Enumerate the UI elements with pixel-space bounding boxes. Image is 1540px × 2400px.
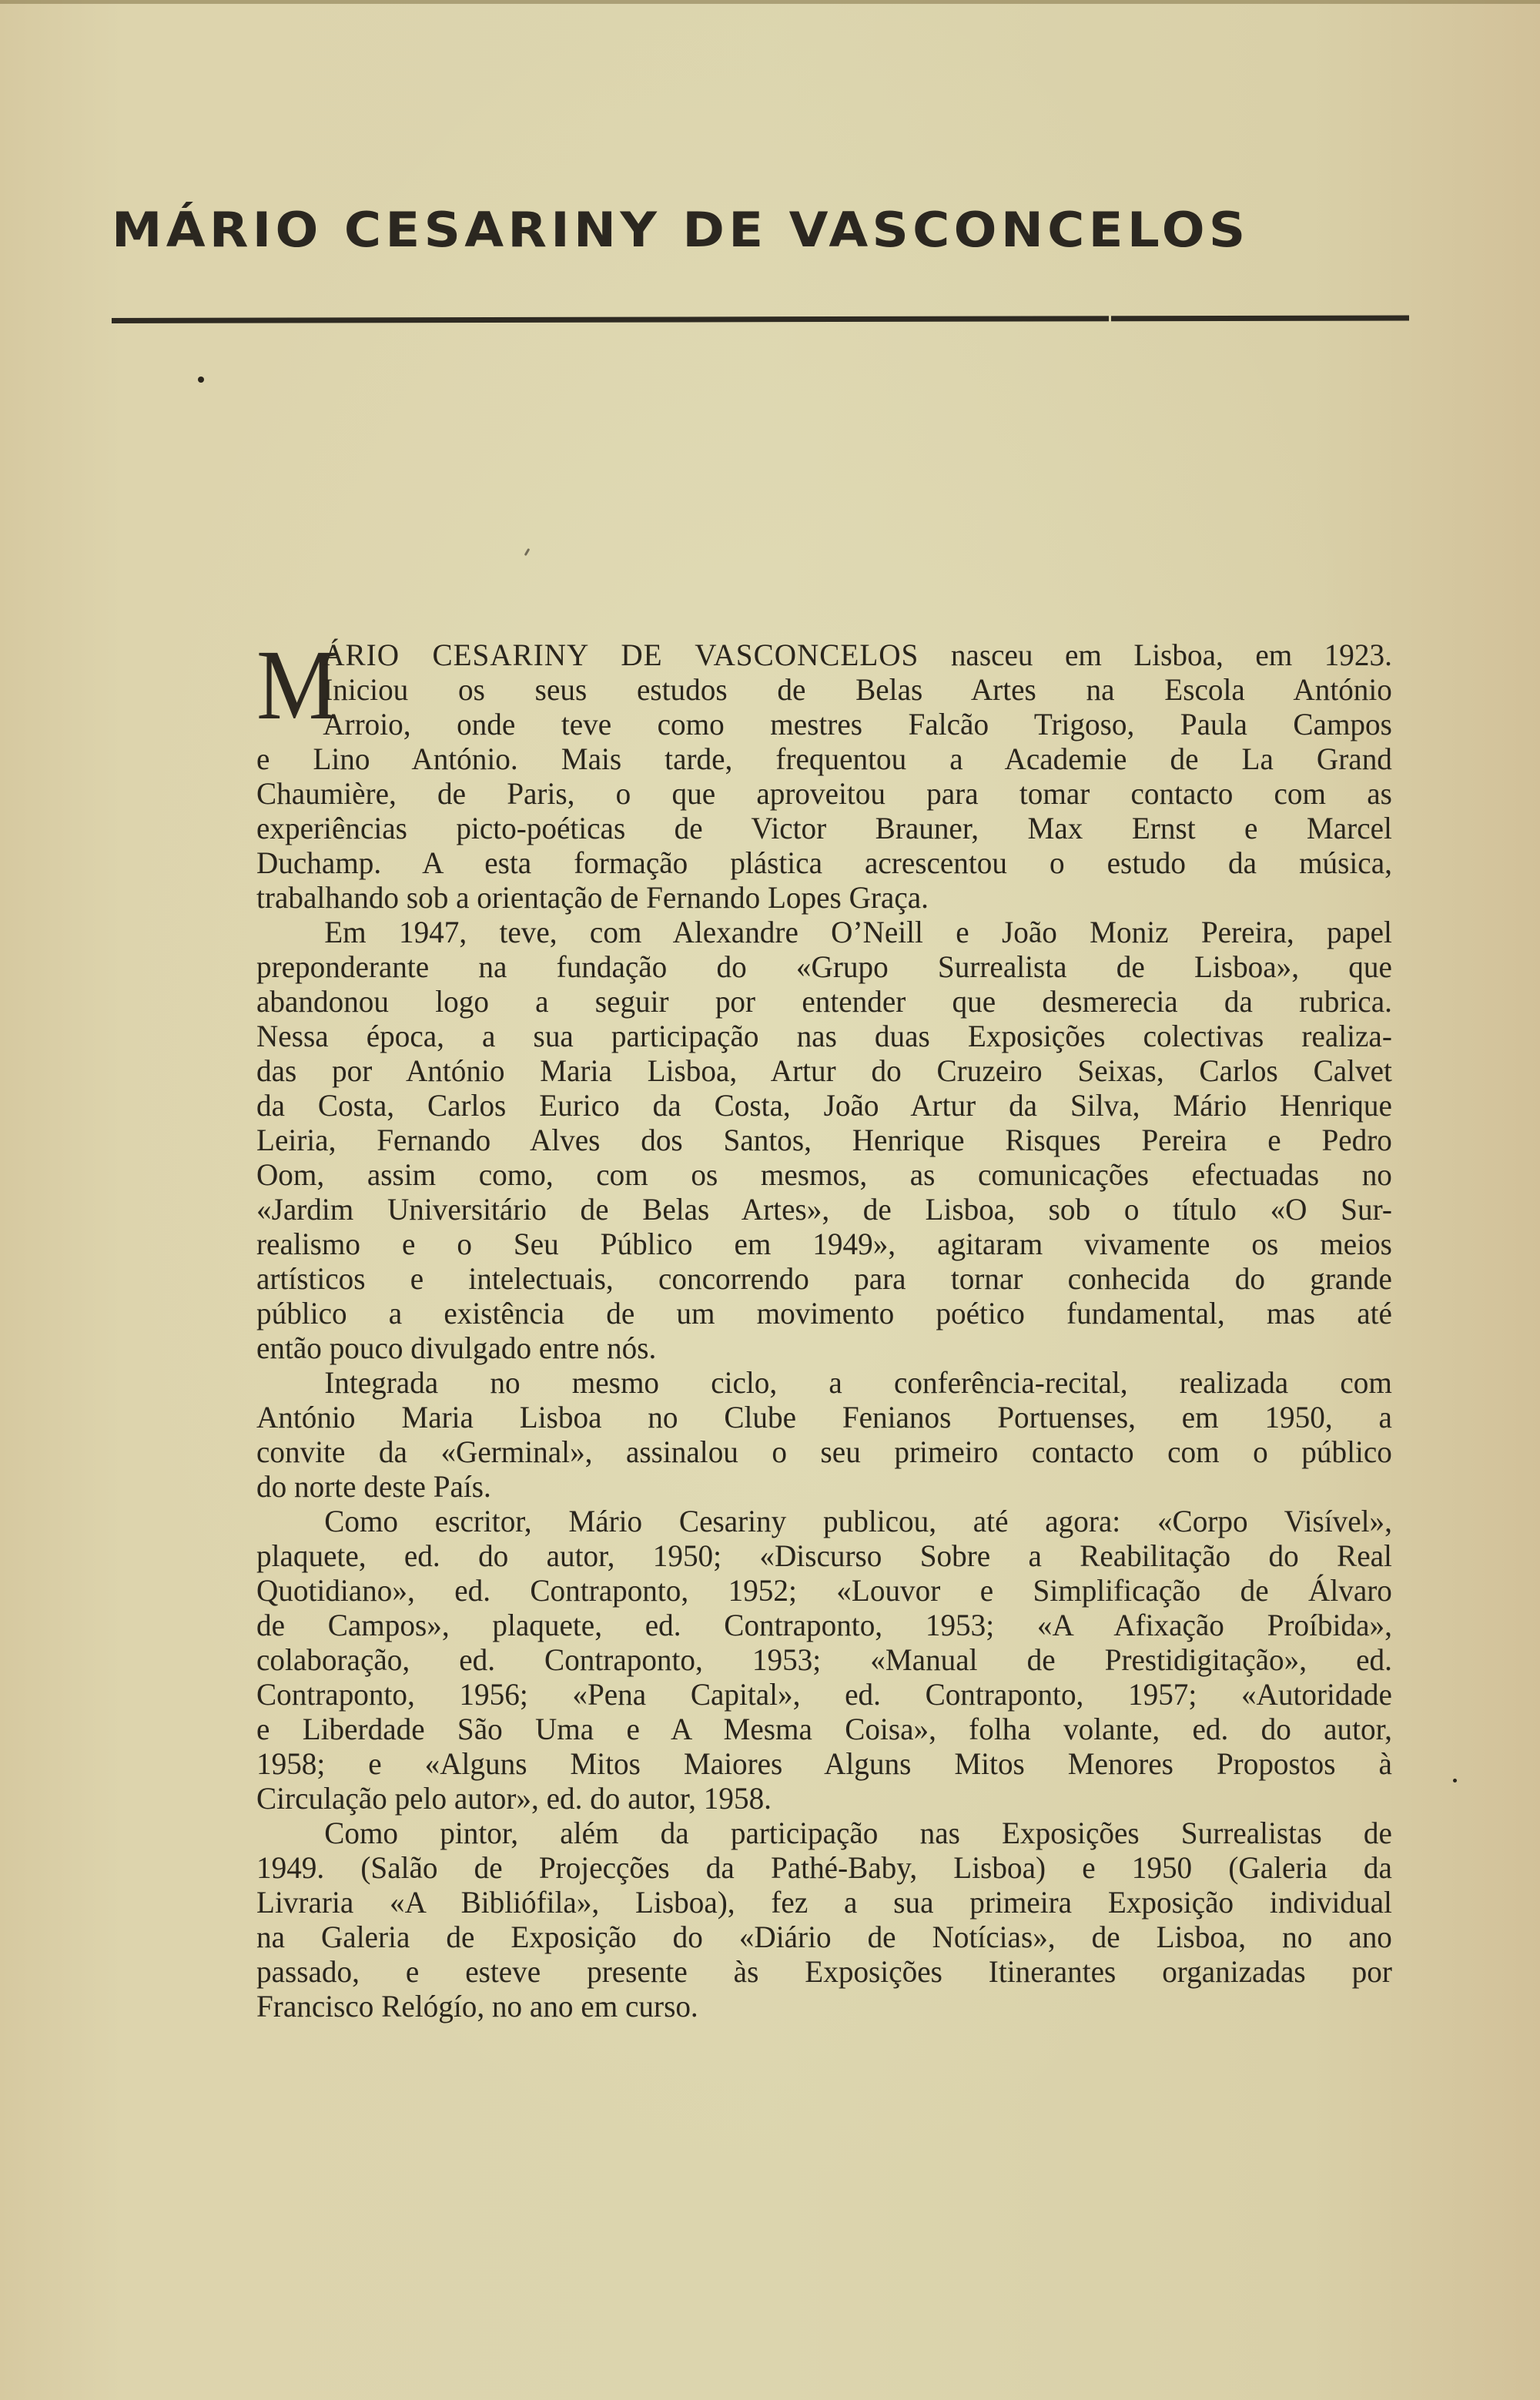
biography-body: ÁRIO CESARINY DE VASCONCELOS nasceu em L… [256, 638, 1392, 2023]
paragraph-1: ÁRIO CESARINY DE VASCONCELOS nasceu em L… [256, 638, 1392, 915]
ink-speck [198, 377, 204, 383]
paragraph-5: Como pintor, além da participação nas Ex… [256, 1816, 1392, 2023]
text-line: Oom, assim como, com os mesmos, as comun… [256, 1157, 1392, 1192]
text-line: «Jardim Universitário de Belas Artes», d… [256, 1192, 1392, 1227]
text-line: Iniciou os seus estudos de Belas Artes n… [256, 672, 1392, 707]
text-line: Duchamp. A esta formação plástica acresc… [256, 845, 1392, 880]
text-line: Leiria, Fernando Alves dos Santos, Henri… [256, 1123, 1392, 1157]
text-line: realismo e o Seu Público em 1949», agita… [256, 1227, 1392, 1261]
text-line: Arroio, onde teve como mestres Falcão Tr… [256, 707, 1392, 741]
text-line: experiências picto-poéticas de Victor Br… [256, 811, 1392, 845]
text-line: Nessa época, a sua participação nas duas… [256, 1019, 1392, 1053]
ink-speck [1453, 1779, 1457, 1782]
text-line: passado, e esteve presente às Exposições… [256, 1954, 1392, 1989]
text-line: Circulação pelo autor», ed. do autor, 19… [256, 1781, 1392, 1816]
text-line: Integrada no mesmo ciclo, a conferência-… [256, 1365, 1392, 1400]
text-line: de Campos», plaquete, ed. Contraponto, 1… [256, 1608, 1392, 1642]
text-line: Quotidiano», ed. Contraponto, 1952; «Lou… [256, 1573, 1392, 1608]
title-rule-break [1109, 316, 1111, 325]
text-line: Como escritor, Mário Cesariny publicou, … [256, 1504, 1392, 1538]
ink-speck [524, 548, 531, 556]
text-line: 1949. (Salão de Projecções da Pathé-Baby… [256, 1850, 1392, 1885]
page-title: MÁRIO CESARINY DE VASCONCELOS [112, 202, 1250, 258]
text-line: Francisco Relógío, no ano em curso. [256, 1989, 1392, 2023]
text-line: Contraponto, 1956; «Pena Capital», ed. C… [256, 1677, 1392, 1712]
text-line: da Costa, Carlos Eurico da Costa, João A… [256, 1088, 1392, 1123]
paragraph-3: Integrada no mesmo ciclo, a conferência-… [256, 1365, 1392, 1504]
text-line: então pouco divulgado entre nós. [256, 1331, 1392, 1365]
text-line: 1958; e «Alguns Mitos Maiores Alguns Mit… [256, 1746, 1392, 1781]
text-line: artísticos e intelectuais, concorrendo p… [256, 1261, 1392, 1296]
text-line: convite da «Germinal», assinalou o seu p… [256, 1434, 1392, 1469]
text-line: trabalhando sob a orientação de Fernando… [256, 880, 1392, 915]
text-line: das por António Maria Lisboa, Artur do C… [256, 1053, 1392, 1088]
text-line: Chaumière, de Paris, o que aproveitou pa… [256, 776, 1392, 811]
text-line: e Liberdade São Uma e A Mesma Coisa», fo… [256, 1712, 1392, 1746]
paragraph-4: Como escritor, Mário Cesariny publicou, … [256, 1504, 1392, 1816]
text-line: e Lino António. Mais tarde, frequentou a… [256, 741, 1392, 776]
text-line: preponderante na fundação do «Grupo Surr… [256, 949, 1392, 984]
text-line: ÁRIO CESARINY DE VASCONCELOS nasceu em L… [256, 638, 1392, 672]
text-line: Como pintor, além da participação nas Ex… [256, 1816, 1392, 1850]
title-divider-rule [112, 315, 1409, 323]
text-line: Em 1947, teve, com Alexandre O’Neill e J… [256, 915, 1392, 949]
page-top-edge [0, 0, 1540, 4]
text-line: colaboração, ed. Contraponto, 1953; «Man… [256, 1642, 1392, 1677]
paragraph-2: Em 1947, teve, com Alexandre O’Neill e J… [256, 915, 1392, 1365]
text-line: abandonou logo a seguir por entender que… [256, 984, 1392, 1019]
text-line: plaquete, ed. do autor, 1950; «Discurso … [256, 1538, 1392, 1573]
name-small-caps: ÁRIO CESARINY DE VASCONCELOS [323, 638, 919, 672]
text-line: do norte deste País. [256, 1469, 1392, 1504]
text-line: público a existência de um movimento poé… [256, 1296, 1392, 1331]
text-line: António Maria Lisboa no Clube Fenianos P… [256, 1400, 1392, 1434]
text-line: na Galeria de Exposição do «Diário de No… [256, 1920, 1392, 1954]
text-line: Livraria «A Bibliófila», Lisboa), fez a … [256, 1885, 1392, 1920]
